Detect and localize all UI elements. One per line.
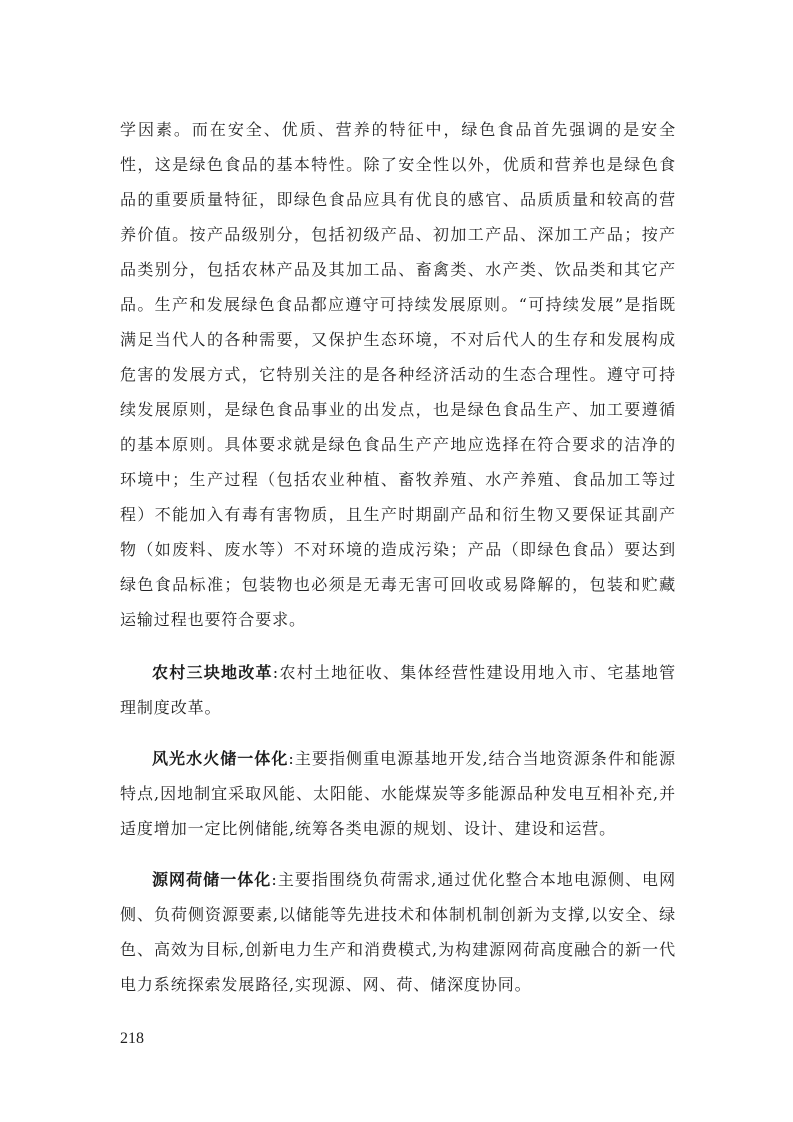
paragraph-wind-solar-hydro-thermal-storage: 风光水火储一体化:主要指侧重电源基地开发,结合当地资源条件和能源特点,因地制宜采…: [120, 741, 676, 846]
document-page-body: 学因素。而在安全、优质、营养的特征中，绿色食品首先强调的是安全性，这是绿色食品的…: [120, 112, 676, 1018]
glossary-term: 源网荷储一体化: [152, 870, 271, 889]
paragraph-source-grid-load-storage: 源网荷储一体化:主要指围绕负荷需求,通过优化整合本地电源侧、电网侧、负荷侧资源要…: [120, 862, 676, 1002]
page-number: 218: [120, 1030, 144, 1048]
paragraph-rural-land-reform: 农村三块地改革:农村土地征收、集体经营性建设用地入市、宅基地管理制度改革。: [120, 655, 676, 725]
paragraph-green-food: 学因素。而在安全、优质、营养的特征中，绿色食品首先强调的是安全性，这是绿色食品的…: [120, 112, 676, 637]
glossary-term: 农村三块地改革: [152, 663, 273, 682]
glossary-term: 风光水火储一体化: [152, 749, 288, 768]
paragraph-text: 学因素。而在安全、优质、营养的特征中，绿色食品首先强调的是安全性，这是绿色食品的…: [120, 120, 676, 629]
